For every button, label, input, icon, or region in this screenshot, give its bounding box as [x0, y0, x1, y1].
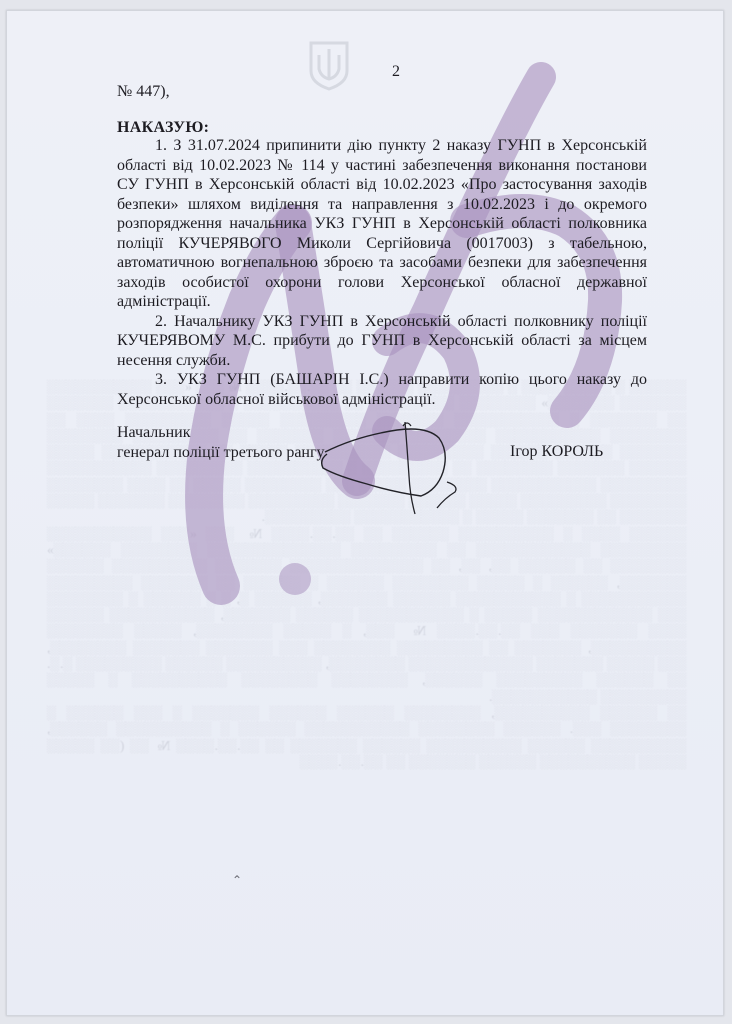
- order-item-2: 2. Начальнику УКЗ ГУНП в Херсонській обл…: [117, 312, 647, 371]
- signatory-name: Ігор КОРОЛЬ: [510, 443, 603, 461]
- page-number: 2: [392, 63, 400, 81]
- document-page: ░░░░░░ ░ ░░░░░ ░░░░ ░ ░░░░░░░░░ ░░░░░░ ░…: [6, 10, 724, 1016]
- signatory-position: Начальник генерал поліції третього рангу: [117, 423, 325, 463]
- order-heading: НАКАЗУЮ:: [117, 119, 209, 137]
- signatory-rank: генерал поліції третього рангу: [117, 443, 325, 463]
- order-item-3: 3. УКЗ ГУНП (БАШАРІН І.С.) направити коп…: [117, 370, 647, 409]
- reference-tail: № 447),: [117, 83, 170, 101]
- signatory-title: Начальник: [117, 423, 325, 443]
- small-scan-mark: ⌃: [232, 873, 242, 888]
- document-content: 2 № 447), НАКАЗУЮ: 1. З 31.07.2024 припи…: [7, 11, 723, 1015]
- order-items: 1. З 31.07.2024 припинити дію пункту 2 н…: [117, 136, 647, 409]
- handwritten-signature: [297, 416, 457, 516]
- order-item-1: 1. З 31.07.2024 припинити дію пункту 2 н…: [117, 136, 647, 312]
